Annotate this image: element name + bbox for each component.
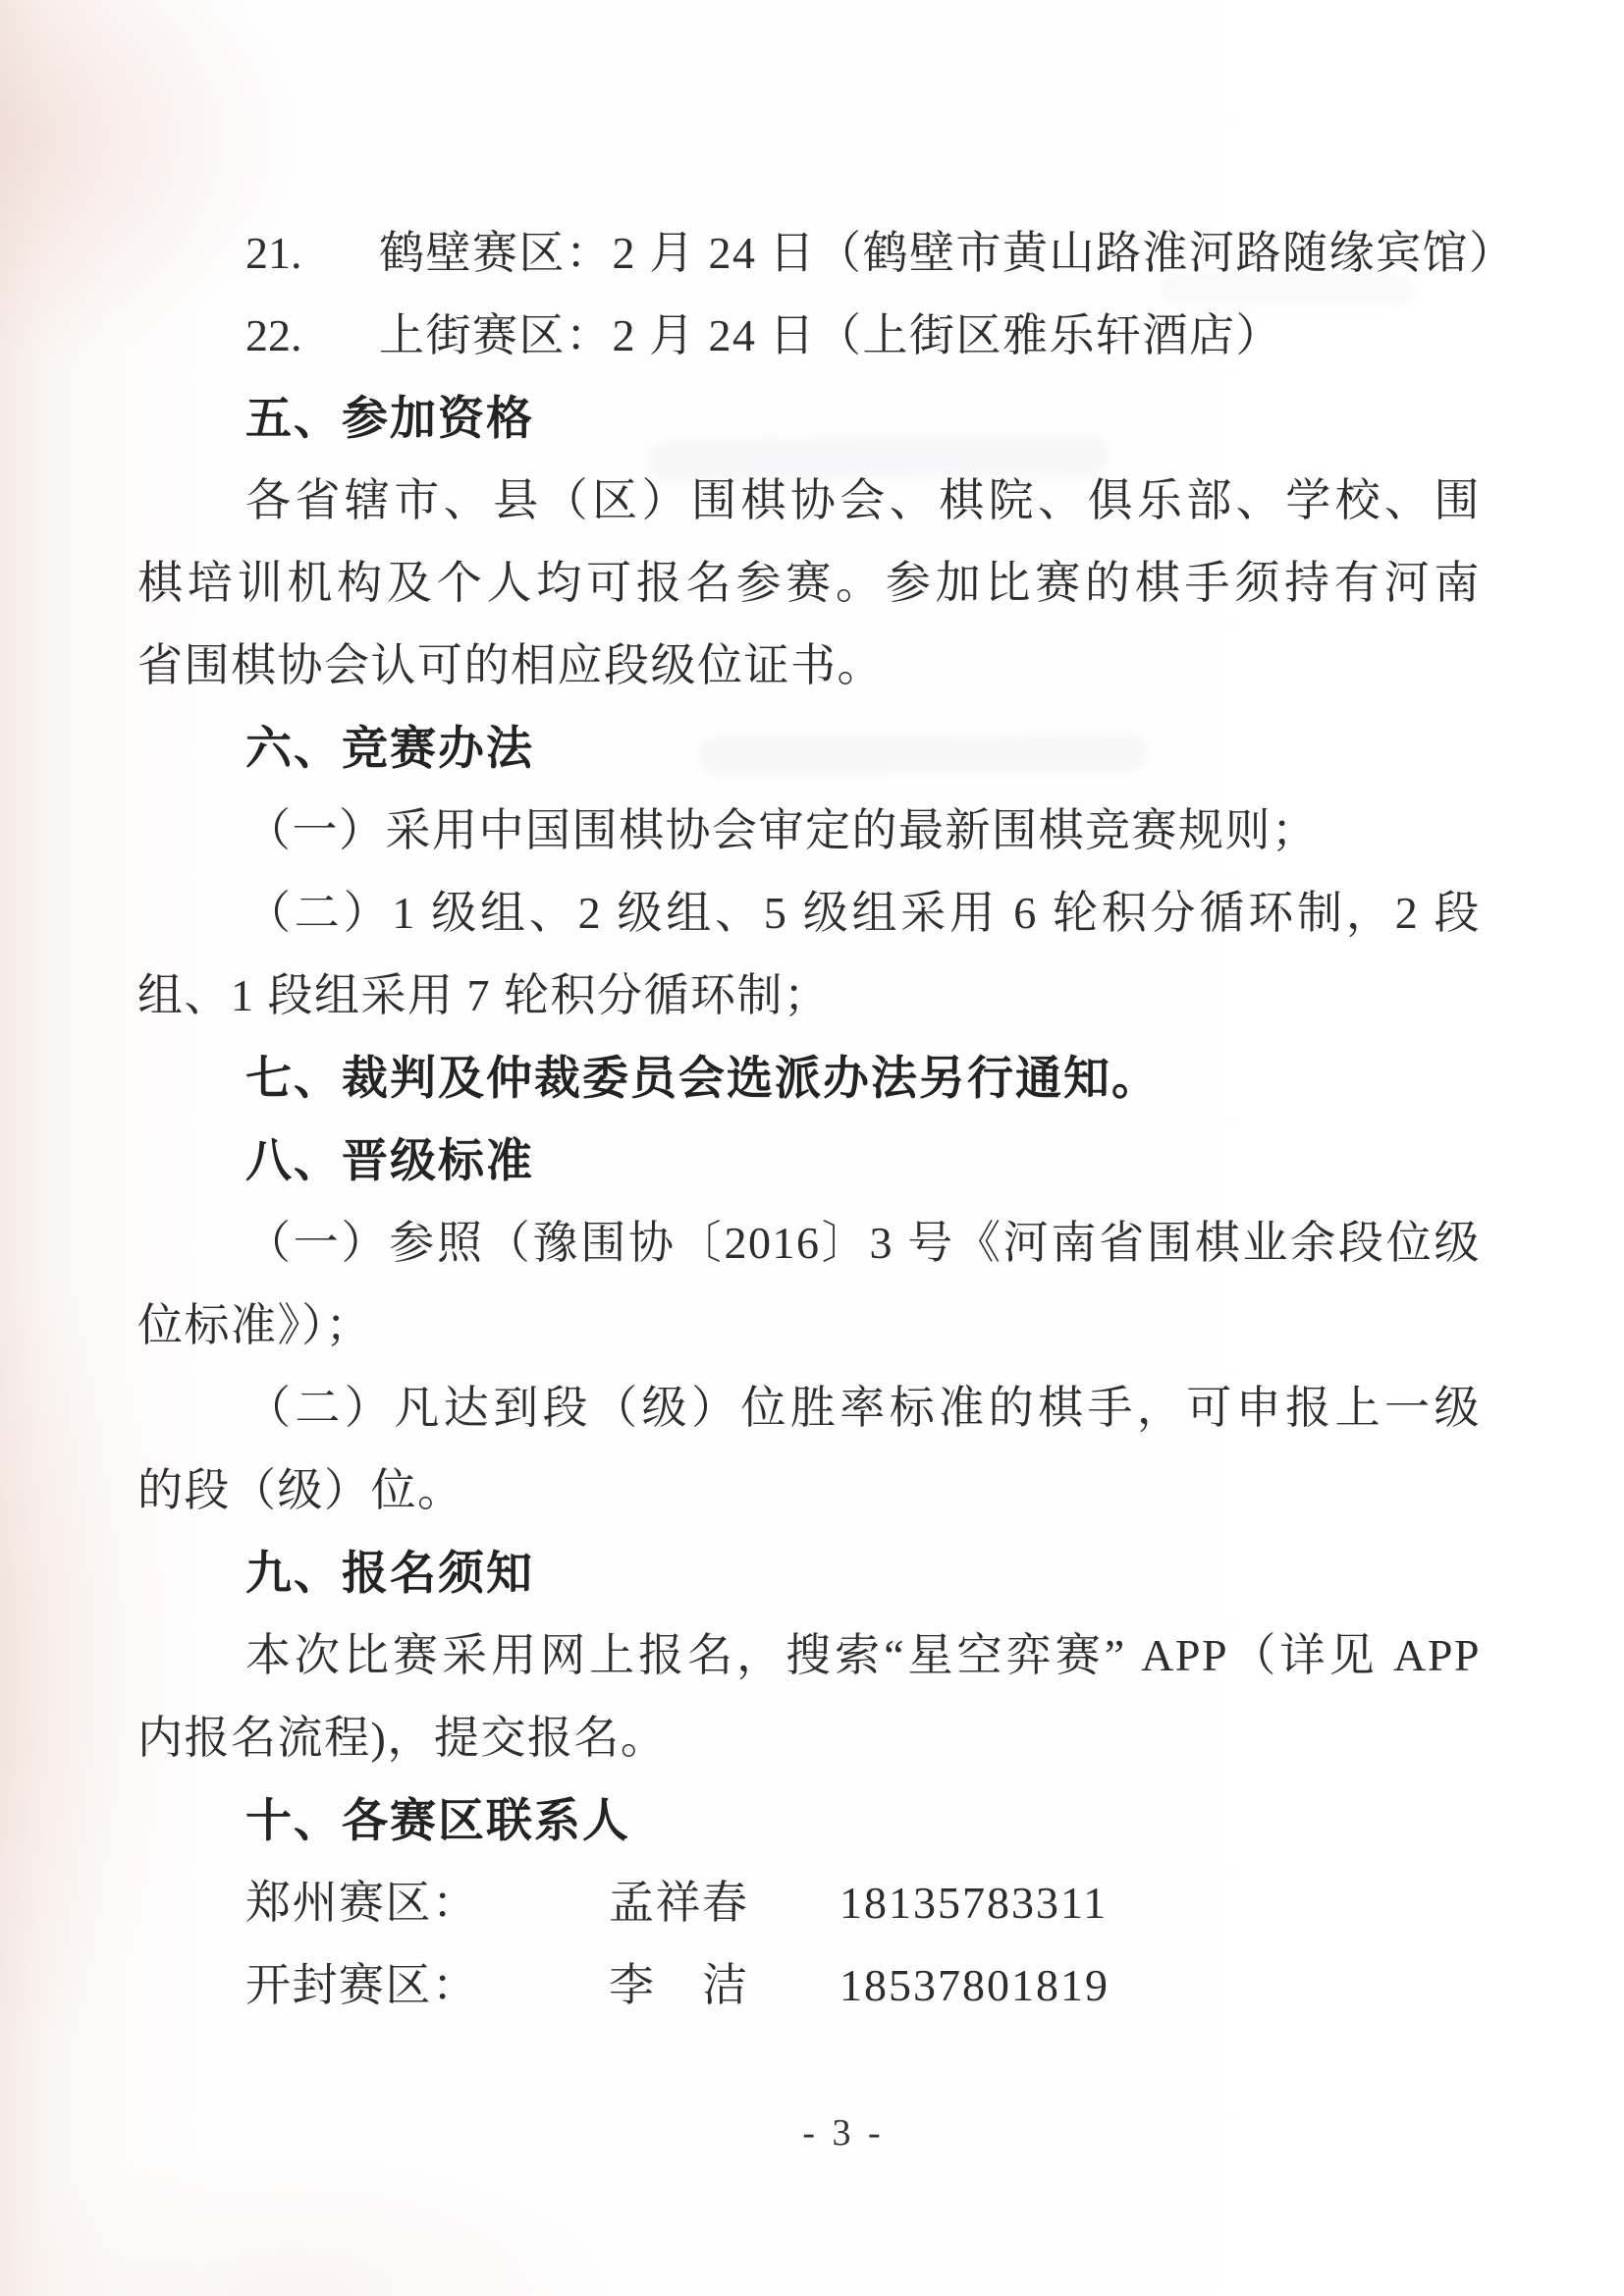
venue-item-number: 21. [245,212,379,295]
document-body: 21.鹤壁赛区：2 月 24 日（鹤壁市黄山路淮河路随缘宾馆） 22.上街赛区：… [137,0,1481,2027]
contact-phone: 18537801819 [839,1944,1110,2027]
paragraph-line: 省围棋协会认可的相应段级位证书。 [137,625,1481,707]
rule-item-line: （一）参照（豫围协〔2016〕3 号《河南省围棋业余段位级 [137,1202,1481,1285]
scanned-document-page: 21.鹤壁赛区：2 月 24 日（鹤壁市黄山路淮河路随缘宾馆） 22.上街赛区：… [0,0,1624,2296]
contact-region: 郑州赛区： [245,1862,609,1944]
rule-item-line: 的段（级）位。 [137,1449,1481,1532]
rule-item-line: 组、1 段组采用 7 轮积分循环制； [137,955,1481,1037]
paragraph-line: 本次比赛采用网上报名，搜索“星空弈赛” APP（详见 APP [137,1614,1481,1697]
venue-item-text: 上街赛区：2 月 24 日（上街区雅乐轩酒店） [379,310,1282,360]
paragraph-line: 棋培训机构及个人均可报名参赛。参加比赛的棋手须持有河南 [137,542,1481,625]
venue-item-text: 鹤壁赛区：2 月 24 日（鹤壁市黄山路淮河路随缘宾馆） [379,228,1516,278]
heading-section-10-contacts: 十、各赛区联系人 [137,1779,1481,1862]
page-number: - 3 - [0,2111,1624,2155]
contact-phone: 18135783311 [839,1862,1108,1944]
contact-name: 孟祥春 [609,1862,839,1944]
venue-item-21: 21.鹤壁赛区：2 月 24 日（鹤壁市黄山路淮河路随缘宾馆） [137,212,1481,295]
contact-name: 李 洁 [609,1944,839,2027]
contact-row-zhengzhou: 郑州赛区：孟祥春18135783311 [137,1862,1481,1944]
rule-item-line: （二）1 级组、2 级组、5 级组采用 6 轮积分循环制，2 段 [137,872,1481,955]
paragraph-line: 各省辖市、县（区）围棋协会、棋院、俱乐部、学校、围 [137,460,1481,542]
rule-item-line: （一）采用中国围棋协会审定的最新围棋竞赛规则； [137,790,1481,872]
contact-region: 开封赛区： [245,1944,609,2027]
rule-item-line: 位标准》）； [137,1285,1481,1367]
heading-section-7-referees: 七、裁判及仲裁委员会选派办法另行通知。 [137,1037,1481,1120]
heading-section-8-promotion: 八、晋级标准 [137,1120,1481,1202]
heading-section-5-eligibility: 五、参加资格 [137,377,1481,460]
venue-item-22: 22.上街赛区：2 月 24 日（上街区雅乐轩酒店） [137,295,1481,377]
heading-section-6-rules: 六、竞赛办法 [137,707,1481,790]
heading-section-9-registration: 九、报名须知 [137,1532,1481,1614]
paragraph-line: 内报名流程)，提交报名。 [137,1697,1481,1779]
venue-item-number: 22. [245,295,379,377]
contact-row-kaifeng: 开封赛区：李 洁18537801819 [137,1944,1481,2027]
rule-item-line: （二）凡达到段（级）位胜率标准的棋手，可申报上一级 [137,1367,1481,1449]
